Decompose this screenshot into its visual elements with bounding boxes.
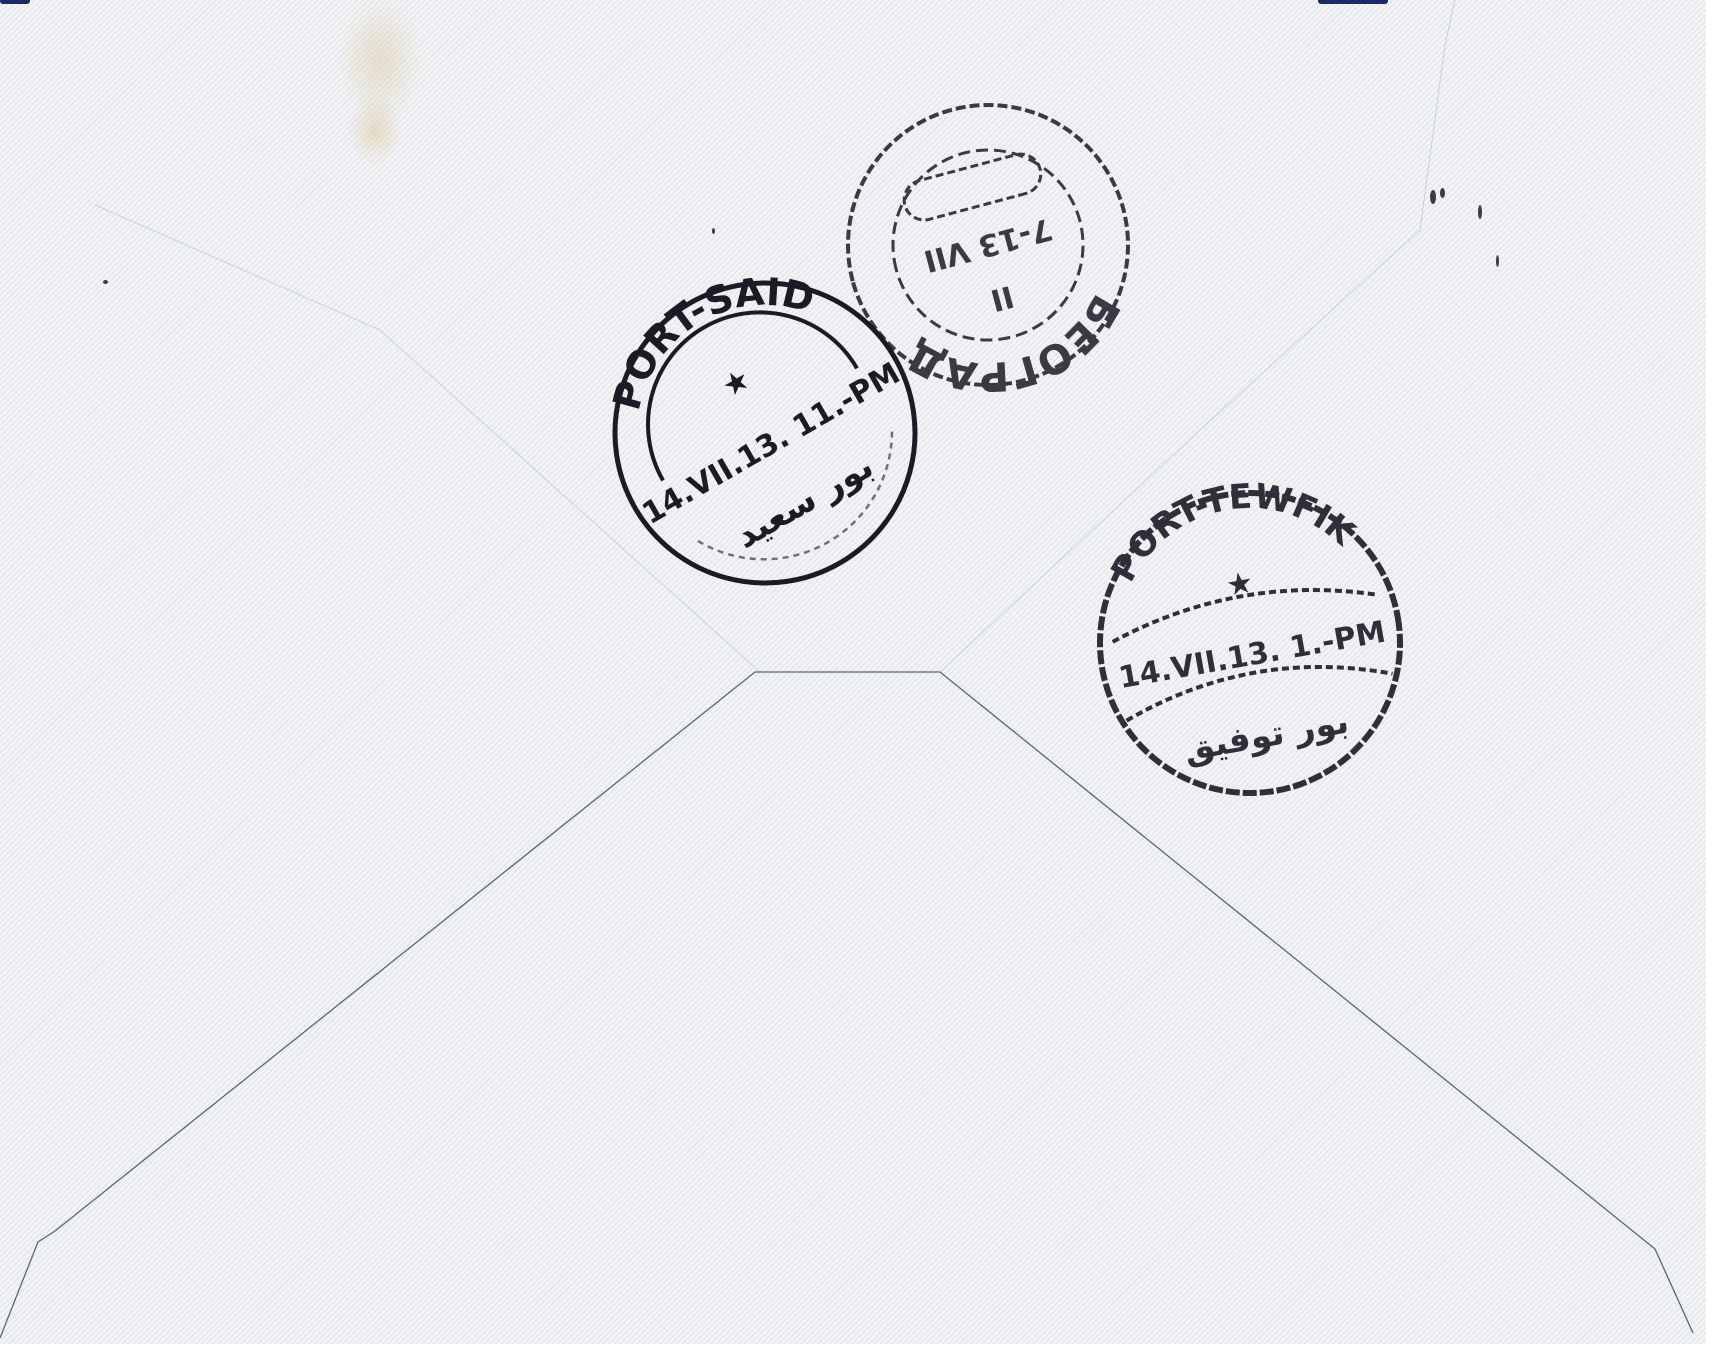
ink-spot bbox=[1478, 205, 1482, 219]
postmark-star: ★ bbox=[1223, 565, 1256, 604]
ink-spot bbox=[1430, 190, 1436, 204]
ink-spot bbox=[1496, 255, 1499, 267]
ink-spot bbox=[712, 228, 715, 234]
postmark-town-arabic: بور توفيق bbox=[1181, 701, 1352, 769]
postmark-office-number: II bbox=[987, 278, 1018, 318]
envelope-back: PORT-SAID ★ 14.VII.13. 11.-PM بور سعيد Б… bbox=[0, 0, 1706, 1344]
postmark-date: 14.VII.13. 1.-PM bbox=[1116, 615, 1388, 696]
postmark-date: 7-13 VII bbox=[920, 211, 1056, 279]
postmark-beograd: БЕОГРАД II 7-13 VII bbox=[833, 85, 1143, 405]
postmark-port-tewfik: PORT-TEWFIK ★ 14.VII.13. 1.-PM بور توفيق bbox=[1085, 468, 1415, 818]
ink-spot bbox=[103, 280, 108, 284]
postmark-town-cyrillic: БЕОГРАД bbox=[891, 279, 1143, 425]
postmark-star: ★ bbox=[716, 361, 757, 405]
svg-text:БЕОГРАД: БЕОГРАД bbox=[891, 279, 1143, 425]
ink-spot bbox=[1440, 188, 1445, 198]
